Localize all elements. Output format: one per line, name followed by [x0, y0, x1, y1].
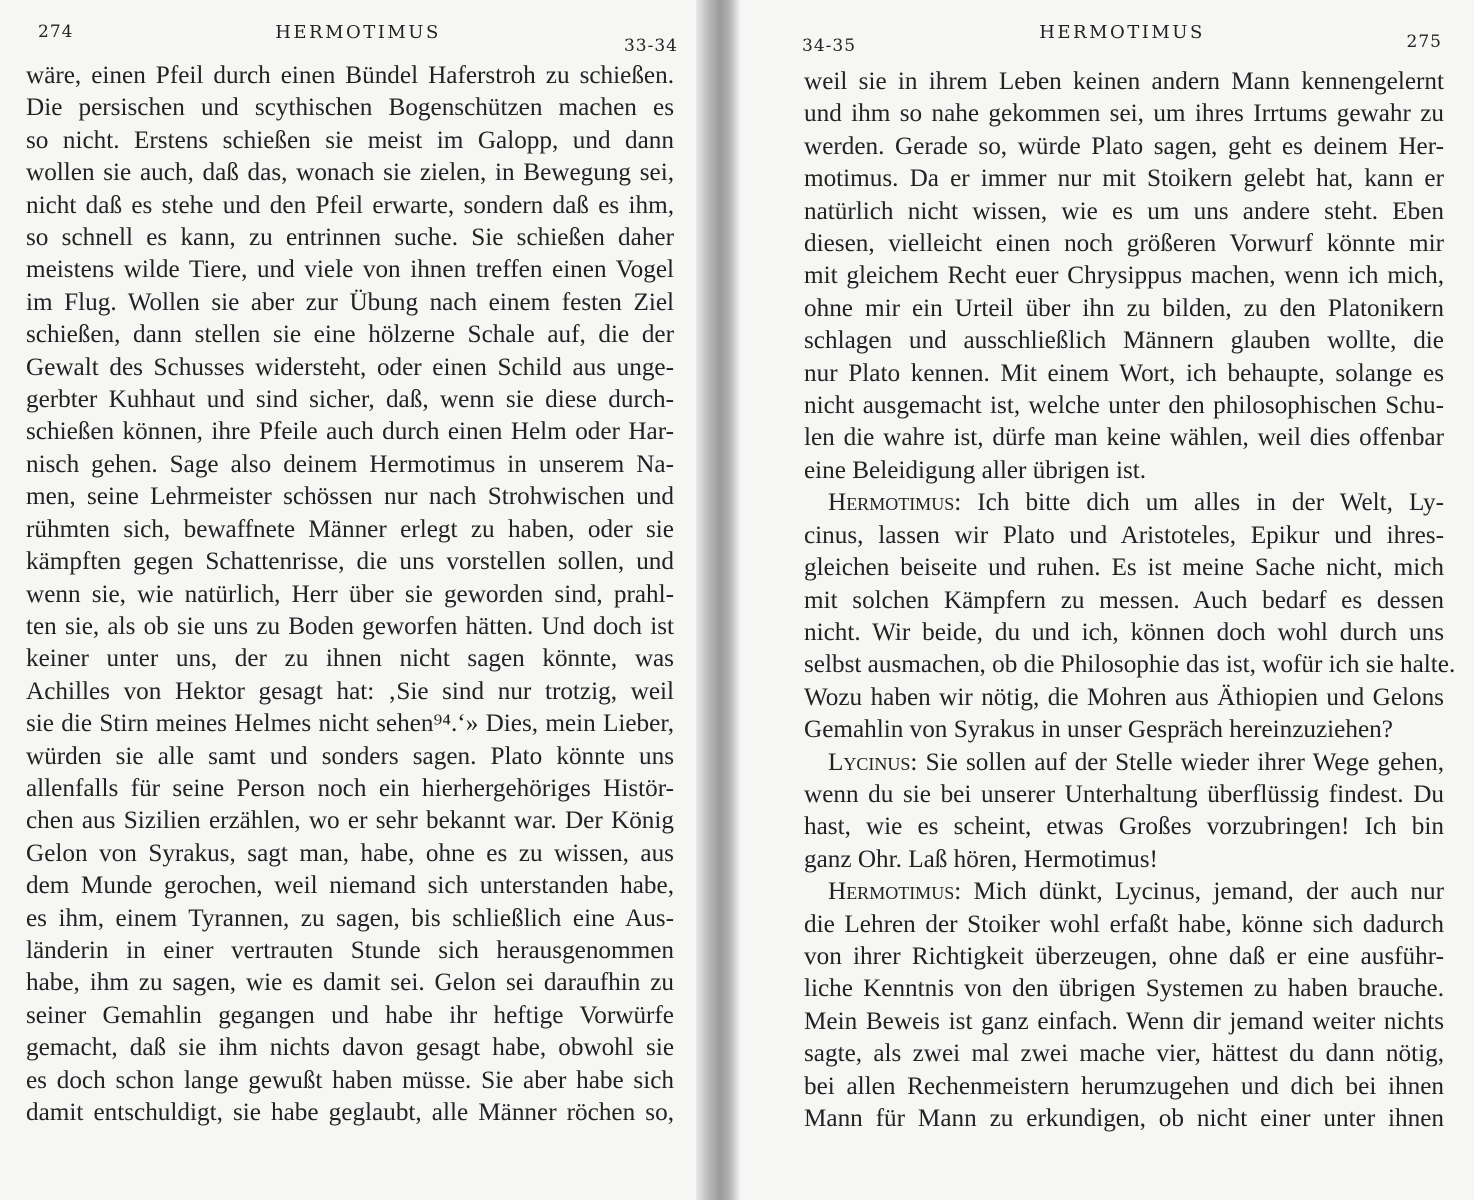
- text-line: Wozu haben wir nötig, die Mohren aus Äth…: [804, 682, 1444, 714]
- text-line: mit solchen Kämpfern zu messen. Auch bed…: [804, 585, 1444, 617]
- text-line: mit gleichem Recht euer Chrysippus mache…: [804, 260, 1444, 292]
- text-line: diesen, vielleicht einen noch größeren V…: [804, 228, 1444, 260]
- speaker-name: Hermotimus: [828, 489, 954, 516]
- text-line: selbst ausmachen, ob die Philosophie das…: [804, 649, 1444, 681]
- text-line: eine Beleidigung aller übrigen ist.: [804, 455, 1444, 487]
- text-line: chen aus Sizilien erzählen, wo er sehr b…: [26, 805, 674, 837]
- text-line: es doch schon lange gewußt haben müsse. …: [26, 1065, 674, 1097]
- text-line: wenn sie, wie natürlich, Herr über sie g…: [26, 579, 674, 611]
- text-line: liche Kenntnis von den übrigen Systemen …: [804, 973, 1444, 1005]
- text-line: motimus. Da er immer nur mit Stoikern ge…: [804, 163, 1444, 195]
- text-line: die Lehren der Stoiker wohl erfaßt habe,…: [804, 909, 1444, 941]
- running-title: HERMOTIMUS: [802, 22, 1442, 43]
- text-line: gerbter Kuhhaut und sind sicher, daß, we…: [26, 384, 674, 416]
- speaker-name: Lycinus: [828, 749, 910, 776]
- text-line: würden sie alle samt und sonders sagen. …: [26, 741, 674, 773]
- text-line: nicht daß es stehe und den Pfeil erwarte…: [26, 190, 674, 222]
- text-line: kämpften gegen Schattenrisse, die uns vo…: [26, 546, 674, 578]
- text-line: damit entschuldigt, sie habe geglaubt, a…: [26, 1097, 674, 1129]
- text-line: Die persischen und scythischen Bogenschü…: [26, 92, 674, 124]
- text-line: men, seine Lehrmeister schössen nur nach…: [26, 481, 674, 513]
- text-line: Gemahlin von Syrakus in unser Gespräch h…: [804, 714, 1444, 746]
- text-line: es ihm, einem Tyrannen, zu sagen, bis sc…: [26, 903, 674, 935]
- speaker-name: Hermotimus: [828, 878, 954, 905]
- text-line: dem Munde gerochen, weil niemand sich un…: [26, 870, 674, 902]
- text-line: ganz Ohr. Laß hören, Hermotimus!: [804, 844, 1444, 876]
- text-line: Gewalt des Schusses widersteht, oder ein…: [26, 352, 674, 384]
- text-line: wollen sie auch, daß das, wonach sie zie…: [26, 157, 674, 189]
- speaker-line: Hermotimus: Ich bitte dich um alles in d…: [804, 487, 1444, 519]
- text-line: bei allen Rechenmeistern herumzugehen un…: [804, 1071, 1444, 1103]
- text-line: hast, wie es scheint, etwas Großes vorzu…: [804, 811, 1444, 843]
- text-line: keiner unter uns, der zu ihnen nicht sag…: [26, 643, 674, 675]
- text-line: gleichen beiseite und ruhen. Es ist mein…: [804, 552, 1444, 584]
- text-line: nicht ausgemacht ist, welche unter den p…: [804, 390, 1444, 422]
- left-body-text: wäre, einen Pfeil durch einen Bündel Haf…: [26, 60, 674, 1129]
- text-line: rühmten sich, bewaffnete Männer erlegt z…: [26, 514, 674, 546]
- text-line: gemacht, daß sie ihm nichts davon gesagt…: [26, 1032, 674, 1064]
- section-ref: 33-34: [624, 36, 678, 56]
- text-line: nicht. Wir beide, du und ich, können doc…: [804, 617, 1444, 649]
- text-line: so schnell es kann, zu entrinnen suche. …: [26, 222, 674, 254]
- right-page: 34-35 HERMOTIMUS 275 weil sie in ihrem L…: [740, 0, 1474, 1200]
- right-running-header: 34-35 HERMOTIMUS 275: [802, 22, 1442, 52]
- text-line: Mann für Mann zu erkundigen, ob nicht ei…: [804, 1103, 1444, 1135]
- text-line: wäre, einen Pfeil durch einen Bündel Haf…: [26, 60, 674, 92]
- speech-text: : Ich bitte dich um alles in der Welt, L…: [954, 489, 1444, 516]
- text-line: natürlich nicht wissen, wie es um uns an…: [804, 196, 1444, 228]
- text-line: nisch gehen. Sage also deinem Hermotimus…: [26, 449, 674, 481]
- text-line: allenfalls für seine Person noch ein hie…: [26, 773, 674, 805]
- text-line: len die wahre ist, dürfe man keine wähle…: [804, 422, 1444, 454]
- text-line: werden. Gerade so, würde Plato sagen, ge…: [804, 131, 1444, 163]
- book-gutter: [696, 0, 740, 1200]
- text-line: schießen können, ihre Pfeile auch durch …: [26, 416, 674, 448]
- text-line: im Flug. Wollen sie aber zur Übung nach …: [26, 287, 674, 319]
- text-line: cinus, lassen wir Plato und Aristoteles,…: [804, 520, 1444, 552]
- text-line: schlagen und ausschließlich Männern glau…: [804, 325, 1444, 357]
- speech-text: : Mich dünkt, Lycinus, jemand, der auch …: [954, 878, 1444, 905]
- text-line: meistens wilde Tiere, und viele von ihne…: [26, 254, 674, 286]
- speech-text: : Sie sollen auf der Stelle wieder ihrer…: [910, 749, 1444, 776]
- text-line: nur Plato kennen. Mit einem Wort, ich be…: [804, 358, 1444, 390]
- book-spread: 274 HERMOTIMUS 33-34 wäre, einen Pfeil d…: [0, 0, 1474, 1200]
- page-number: 275: [1407, 32, 1442, 52]
- text-line: und ihm so nahe gekommen sei, um ihres I…: [804, 98, 1444, 130]
- text-line: seiner Gemahlin gegangen und habe ihr he…: [26, 1000, 674, 1032]
- left-page: 274 HERMOTIMUS 33-34 wäre, einen Pfeil d…: [0, 0, 696, 1200]
- text-line: weil sie in ihrem Leben keinen andern Ma…: [804, 66, 1444, 98]
- speaker-line: Lycinus: Sie sollen auf der Stelle wiede…: [804, 747, 1444, 779]
- text-line: sie die Stirn meines Helmes nicht sehen⁹…: [26, 708, 674, 740]
- text-line: so nicht. Erstens schießen sie meist im …: [26, 125, 674, 157]
- text-line: wenn du sie bei unserer Unterhaltung übe…: [804, 779, 1444, 811]
- text-line: habe, ihm zu sagen, wie es damit sei. Ge…: [26, 967, 674, 999]
- text-line: Achilles von Hektor gesagt hat: ‚Sie sin…: [26, 676, 674, 708]
- text-line: ten sie, als ob sie uns zu Boden geworfe…: [26, 611, 674, 643]
- text-line: länderin in einer vertrauten Stunde sich…: [26, 935, 674, 967]
- right-body-text: weil sie in ihrem Leben keinen andern Ma…: [804, 66, 1444, 1135]
- speaker-line: Hermotimus: Mich dünkt, Lycinus, jemand,…: [804, 876, 1444, 908]
- text-line: Gelon von Syrakus, sagt man, habe, ohne …: [26, 838, 674, 870]
- text-line: schießen, dann stellen sie eine hölzerne…: [26, 319, 674, 351]
- text-line: Mein Beweis ist ganz einfach. Wenn dir j…: [804, 1006, 1444, 1038]
- left-running-header: 274 HERMOTIMUS 33-34: [38, 22, 678, 52]
- running-title: HERMOTIMUS: [38, 22, 678, 43]
- text-line: von ihrer Richtigkeit überzeugen, ohne d…: [804, 941, 1444, 973]
- text-line: sagte, als zwei mal zwei mache vier, hät…: [804, 1038, 1444, 1070]
- text-line: ohne mir ein Urteil über ihn zu bilden, …: [804, 293, 1444, 325]
